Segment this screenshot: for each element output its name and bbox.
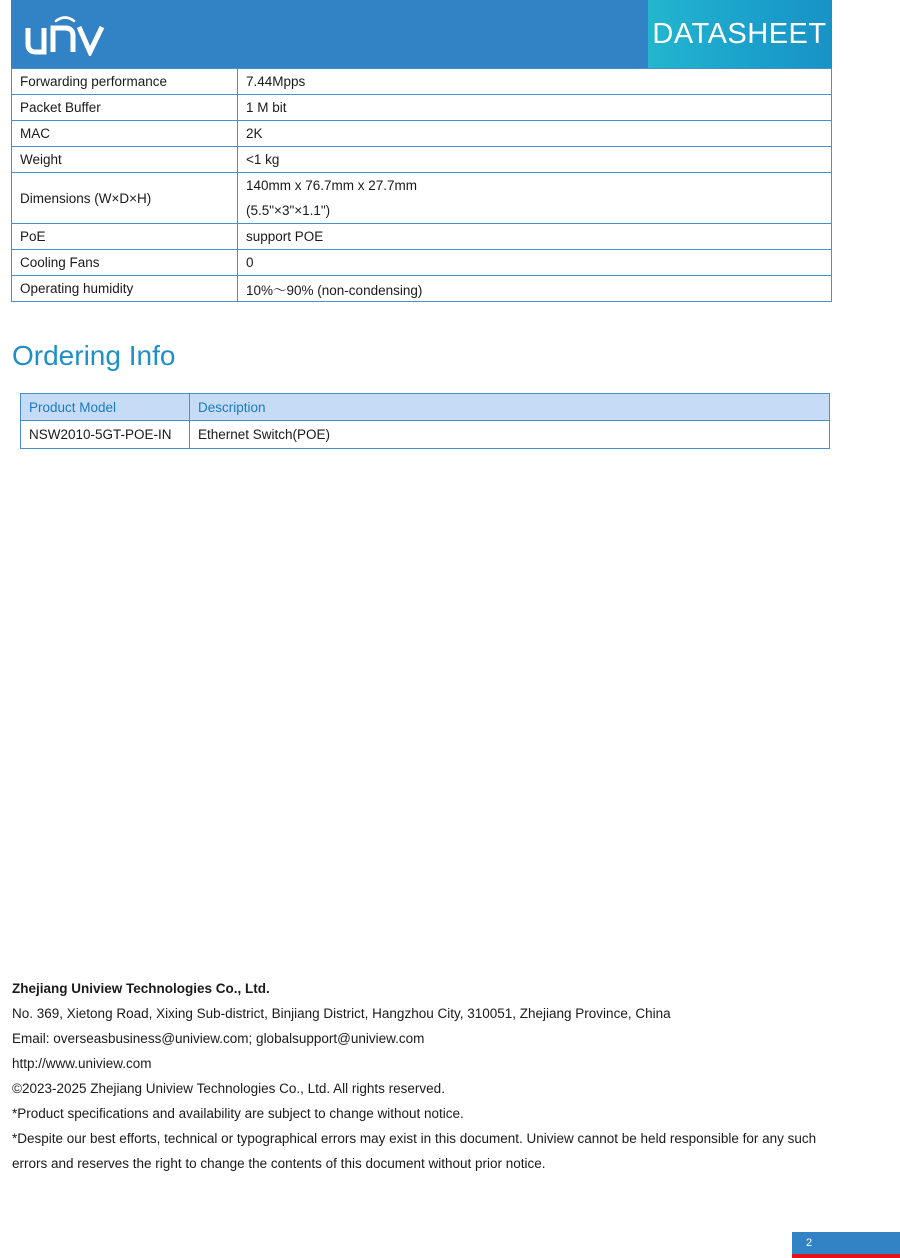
spec-value-line: support POE: [246, 229, 823, 244]
spec-label: Dimensions (W×D×H): [12, 173, 238, 224]
ordering-table: Product Model Description NSW2010-5GT-PO…: [20, 393, 830, 449]
spec-value: 10%～90% (non-condensing): [238, 276, 832, 302]
column-header-product-model: Product Model: [21, 394, 190, 421]
spec-row: PoEsupport POE: [12, 224, 832, 250]
spec-value-line: 10%～90% (non-condensing): [246, 279, 823, 299]
spec-row: Packet Buffer1 M bit: [12, 95, 832, 121]
company-address: No. 369, Xietong Road, Xixing Sub-distri…: [12, 1001, 842, 1026]
company-name: Zhejiang Uniview Technologies Co., Ltd.: [12, 976, 842, 1001]
footer: Zhejiang Uniview Technologies Co., Ltd. …: [12, 976, 842, 1176]
ordering-header-row: Product Model Description: [21, 394, 830, 421]
spec-value-line: 0: [246, 255, 823, 270]
spec-value-line: <1 kg: [246, 152, 823, 167]
description-cell: Ethernet Switch(POE): [190, 421, 830, 449]
ordering-info-title: Ordering Info: [12, 340, 175, 372]
spec-label: MAC: [12, 121, 238, 147]
spec-value-line: 1 M bit: [246, 100, 823, 115]
spec-row: Weight<1 kg: [12, 147, 832, 173]
spec-value: 1 M bit: [238, 95, 832, 121]
doc-type-label: DATASHEET: [648, 0, 831, 68]
spec-row: Operating humidity10%～90% (non-condensin…: [12, 276, 832, 302]
spec-label: Forwarding performance: [12, 69, 238, 95]
spec-row: Forwarding performance7.44Mpps: [12, 69, 832, 95]
page-number: 2: [792, 1232, 900, 1258]
copyright: ©2023-2025 Zhejiang Uniview Technologies…: [12, 1076, 842, 1101]
spec-value-line: 2K: [246, 126, 823, 141]
contact-email[interactable]: Email: overseasbusiness@uniview.com; glo…: [12, 1026, 842, 1051]
spec-value-line: 140mm x 76.7mm x 27.7mm: [246, 173, 823, 198]
website-link[interactable]: http://www.uniview.com: [12, 1051, 842, 1076]
spec-value: 140mm x 76.7mm x 27.7mm(5.5"×3"×1.1"): [238, 173, 832, 224]
notice-errors: *Despite our best efforts, technical or …: [12, 1126, 842, 1176]
spec-table: Forwarding performance7.44MppsPacket Buf…: [11, 68, 832, 302]
spec-value: <1 kg: [238, 147, 832, 173]
spec-row: Dimensions (W×D×H)140mm x 76.7mm x 27.7m…: [12, 173, 832, 224]
spec-value-line: 7.44Mpps: [246, 74, 823, 89]
spec-value: 2K: [238, 121, 832, 147]
spec-value: 7.44Mpps: [238, 69, 832, 95]
product-model-cell: NSW2010-5GT-POE-IN: [21, 421, 190, 449]
spec-label: Cooling Fans: [12, 250, 238, 276]
spec-label: Operating humidity: [12, 276, 238, 302]
spec-value: support POE: [238, 224, 832, 250]
spec-row: MAC2K: [12, 121, 832, 147]
spec-label: Packet Buffer: [12, 95, 238, 121]
spec-label: Weight: [12, 147, 238, 173]
spec-row: Cooling Fans0: [12, 250, 832, 276]
spec-value-line: (5.5"×3"×1.1"): [246, 198, 823, 223]
column-header-description: Description: [190, 394, 830, 421]
ordering-row: NSW2010-5GT-POE-INEthernet Switch(POE): [21, 421, 830, 449]
notice-specifications: *Product specifications and availability…: [12, 1101, 842, 1126]
uniview-logo-icon: [24, 12, 106, 56]
spec-label: PoE: [12, 224, 238, 250]
spec-value: 0: [238, 250, 832, 276]
